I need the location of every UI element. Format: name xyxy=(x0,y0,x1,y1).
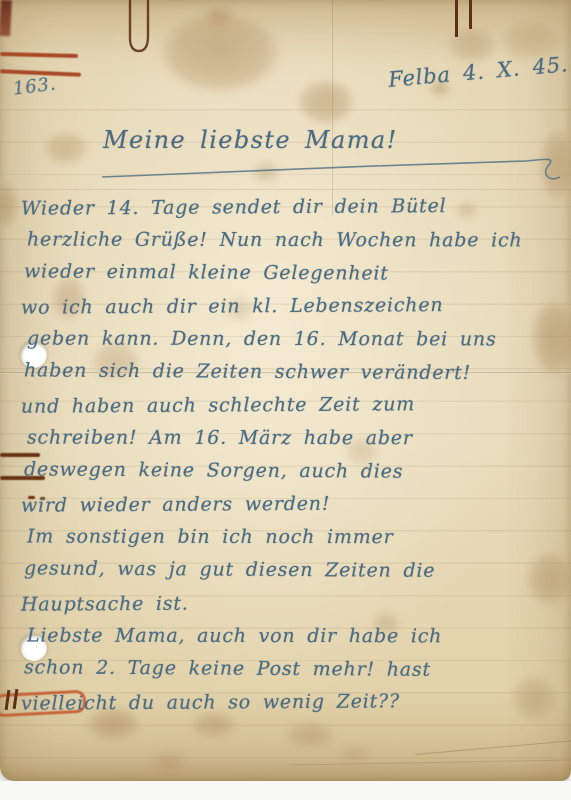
dateline: Felba 4. X. 45. xyxy=(387,52,569,92)
handwriting-line: schreiben! Am 16. März habe aber xyxy=(27,422,567,456)
stain-spot xyxy=(44,132,88,164)
handwriting-line: gesund, was ja gut diesen Zeiten die xyxy=(24,552,564,588)
salutation: Meine liebste Mama! xyxy=(103,126,398,154)
handwriting-line: Wieder 14. Tage sendet dir dein Bütel xyxy=(21,189,561,225)
stain-spot xyxy=(298,80,354,124)
stain-spot xyxy=(150,752,188,772)
bottom-crease-faint xyxy=(290,760,571,766)
stain-spot xyxy=(0,183,18,227)
handwriting-line: Liebste Mama, auch von dir habe ich xyxy=(27,620,567,654)
handwriting-line: vielleicht du auch so wenig Zeit?? xyxy=(21,684,561,720)
handwriting-line: haben sich die Zeiten schwer verändert! xyxy=(24,354,564,390)
paper-bottom-shadow xyxy=(0,758,571,781)
scanner-background xyxy=(0,781,571,800)
letter-page: 163. Felba 4. X. 45. Meine liebste Mama!… xyxy=(0,0,571,781)
stain-spot xyxy=(340,745,370,763)
stain-spot xyxy=(160,12,280,92)
stain-spot xyxy=(252,162,280,182)
stain-spot xyxy=(205,5,233,27)
handwriting-line: schon 2. Tage keine Post mehr! hast xyxy=(24,651,564,687)
handwriting-line: wo ich auch dir ein kl. Lebenszeichen xyxy=(21,288,561,324)
letter-body: Wieder 14. Tage sendet dir dein Bütel he… xyxy=(24,191,564,719)
handwriting-line: deswegen keine Sorgen, auch dies xyxy=(24,453,564,489)
top-left-ink-smudge xyxy=(0,0,12,36)
handwriting-line: Im sonstigen bin ich noch immer xyxy=(27,521,567,555)
paperclip-rust-mark-2a xyxy=(455,0,458,37)
stain-spot xyxy=(286,722,334,748)
paperclip-rust-mark-2b xyxy=(469,0,472,29)
vertical-crease xyxy=(332,0,333,215)
bottom-diagonal-crease xyxy=(415,740,571,755)
page-number: 163. xyxy=(12,73,58,99)
handwriting-line: und haben auch schlechte Zeit zum xyxy=(21,387,561,423)
red-crayon-stroke-1 xyxy=(0,52,78,58)
handwriting-line: geben kann. Denn, den 16. Monat bei uns xyxy=(27,323,567,357)
paperclip-rust-mark xyxy=(120,0,160,64)
handwriting-line: wird wieder anders werden! xyxy=(21,486,561,522)
handwriting-line: wieder einmal kleine Gelegenheit xyxy=(24,255,564,291)
handwriting-line: Hauptsache ist. xyxy=(21,585,561,621)
handwriting-line: herzliche Grüße! Nun nach Wochen habe ic… xyxy=(27,224,567,258)
